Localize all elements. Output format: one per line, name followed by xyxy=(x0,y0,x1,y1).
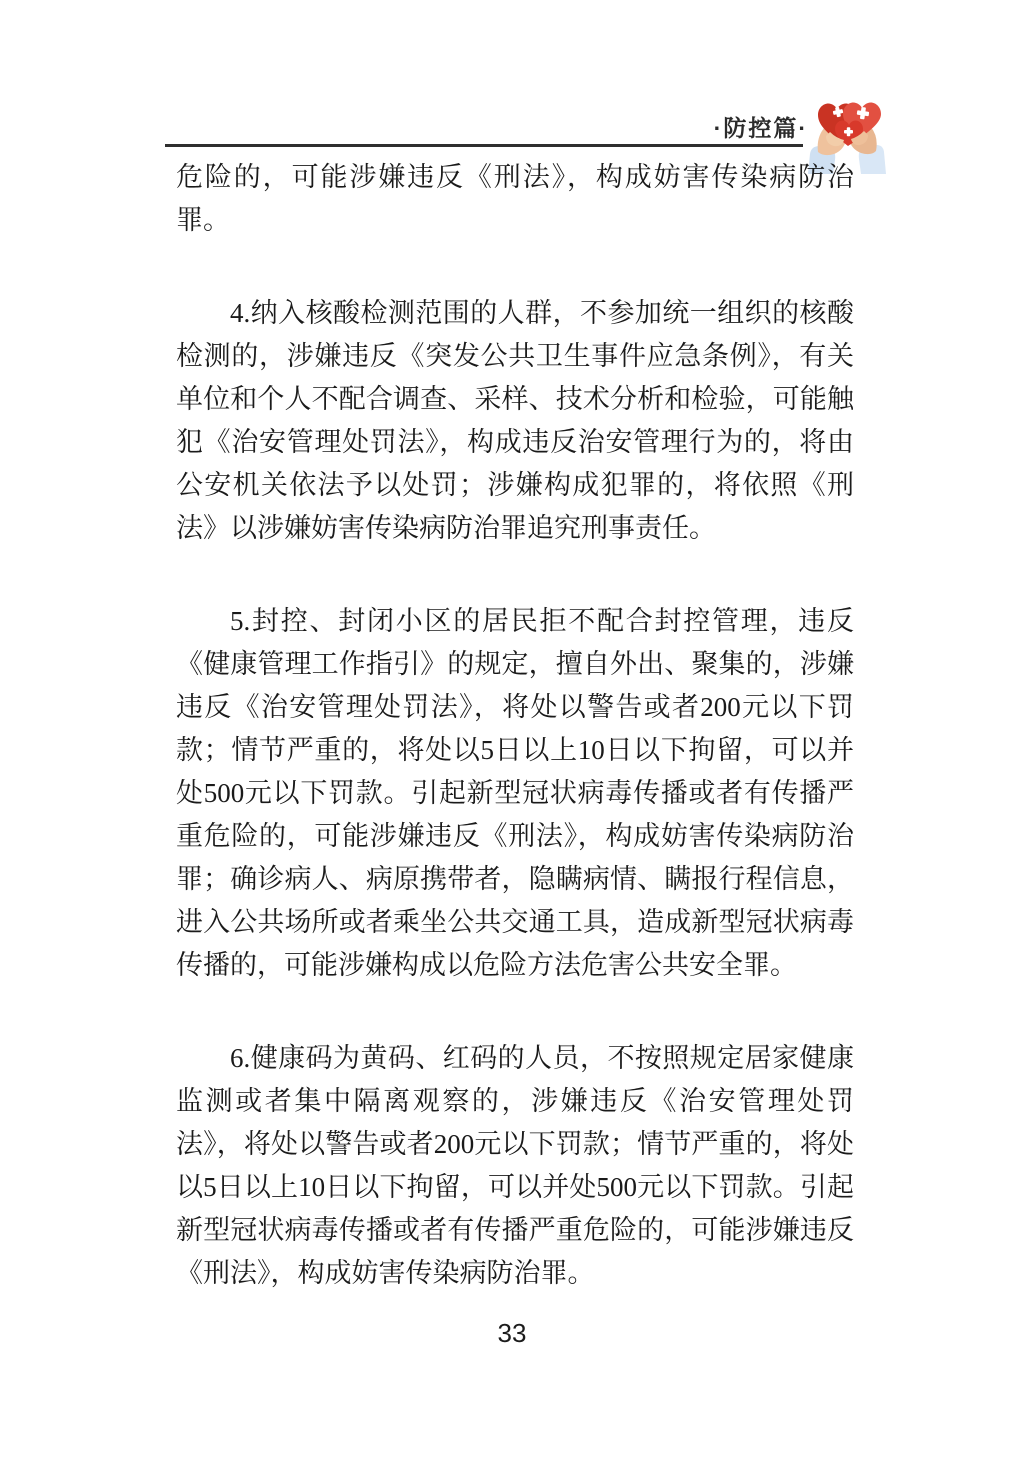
paragraph-continuation: 危险的，可能涉嫌违反《刑法》，构成妨害传染病防治罪。 xyxy=(176,156,854,242)
section-title: ·防控篇· xyxy=(714,110,808,143)
header-divider xyxy=(165,144,803,147)
paragraph-item-5: 5.封控、封闭小区的居民拒不配合封控管理，违反《健康管理工作指引》的规定，擅自外… xyxy=(176,600,854,987)
book-page: ·防控篇· xyxy=(0,0,1024,1464)
paragraph-item-6: 6.健康码为黄码、红码的人员，不按照规定居家健康监测或者集中隔离观察的，涉嫌违反… xyxy=(176,1037,854,1295)
body-text: 危险的，可能涉嫌违反《刑法》，构成妨害传染病防治罪。 4.纳入核酸检测范围的人群… xyxy=(176,156,854,1345)
paragraph-item-4: 4.纳入核酸检测范围的人群，不参加统一组织的核酸检测的，涉嫌违反《突发公共卫生事… xyxy=(176,292,854,550)
page-number: 33 xyxy=(0,1318,1024,1349)
